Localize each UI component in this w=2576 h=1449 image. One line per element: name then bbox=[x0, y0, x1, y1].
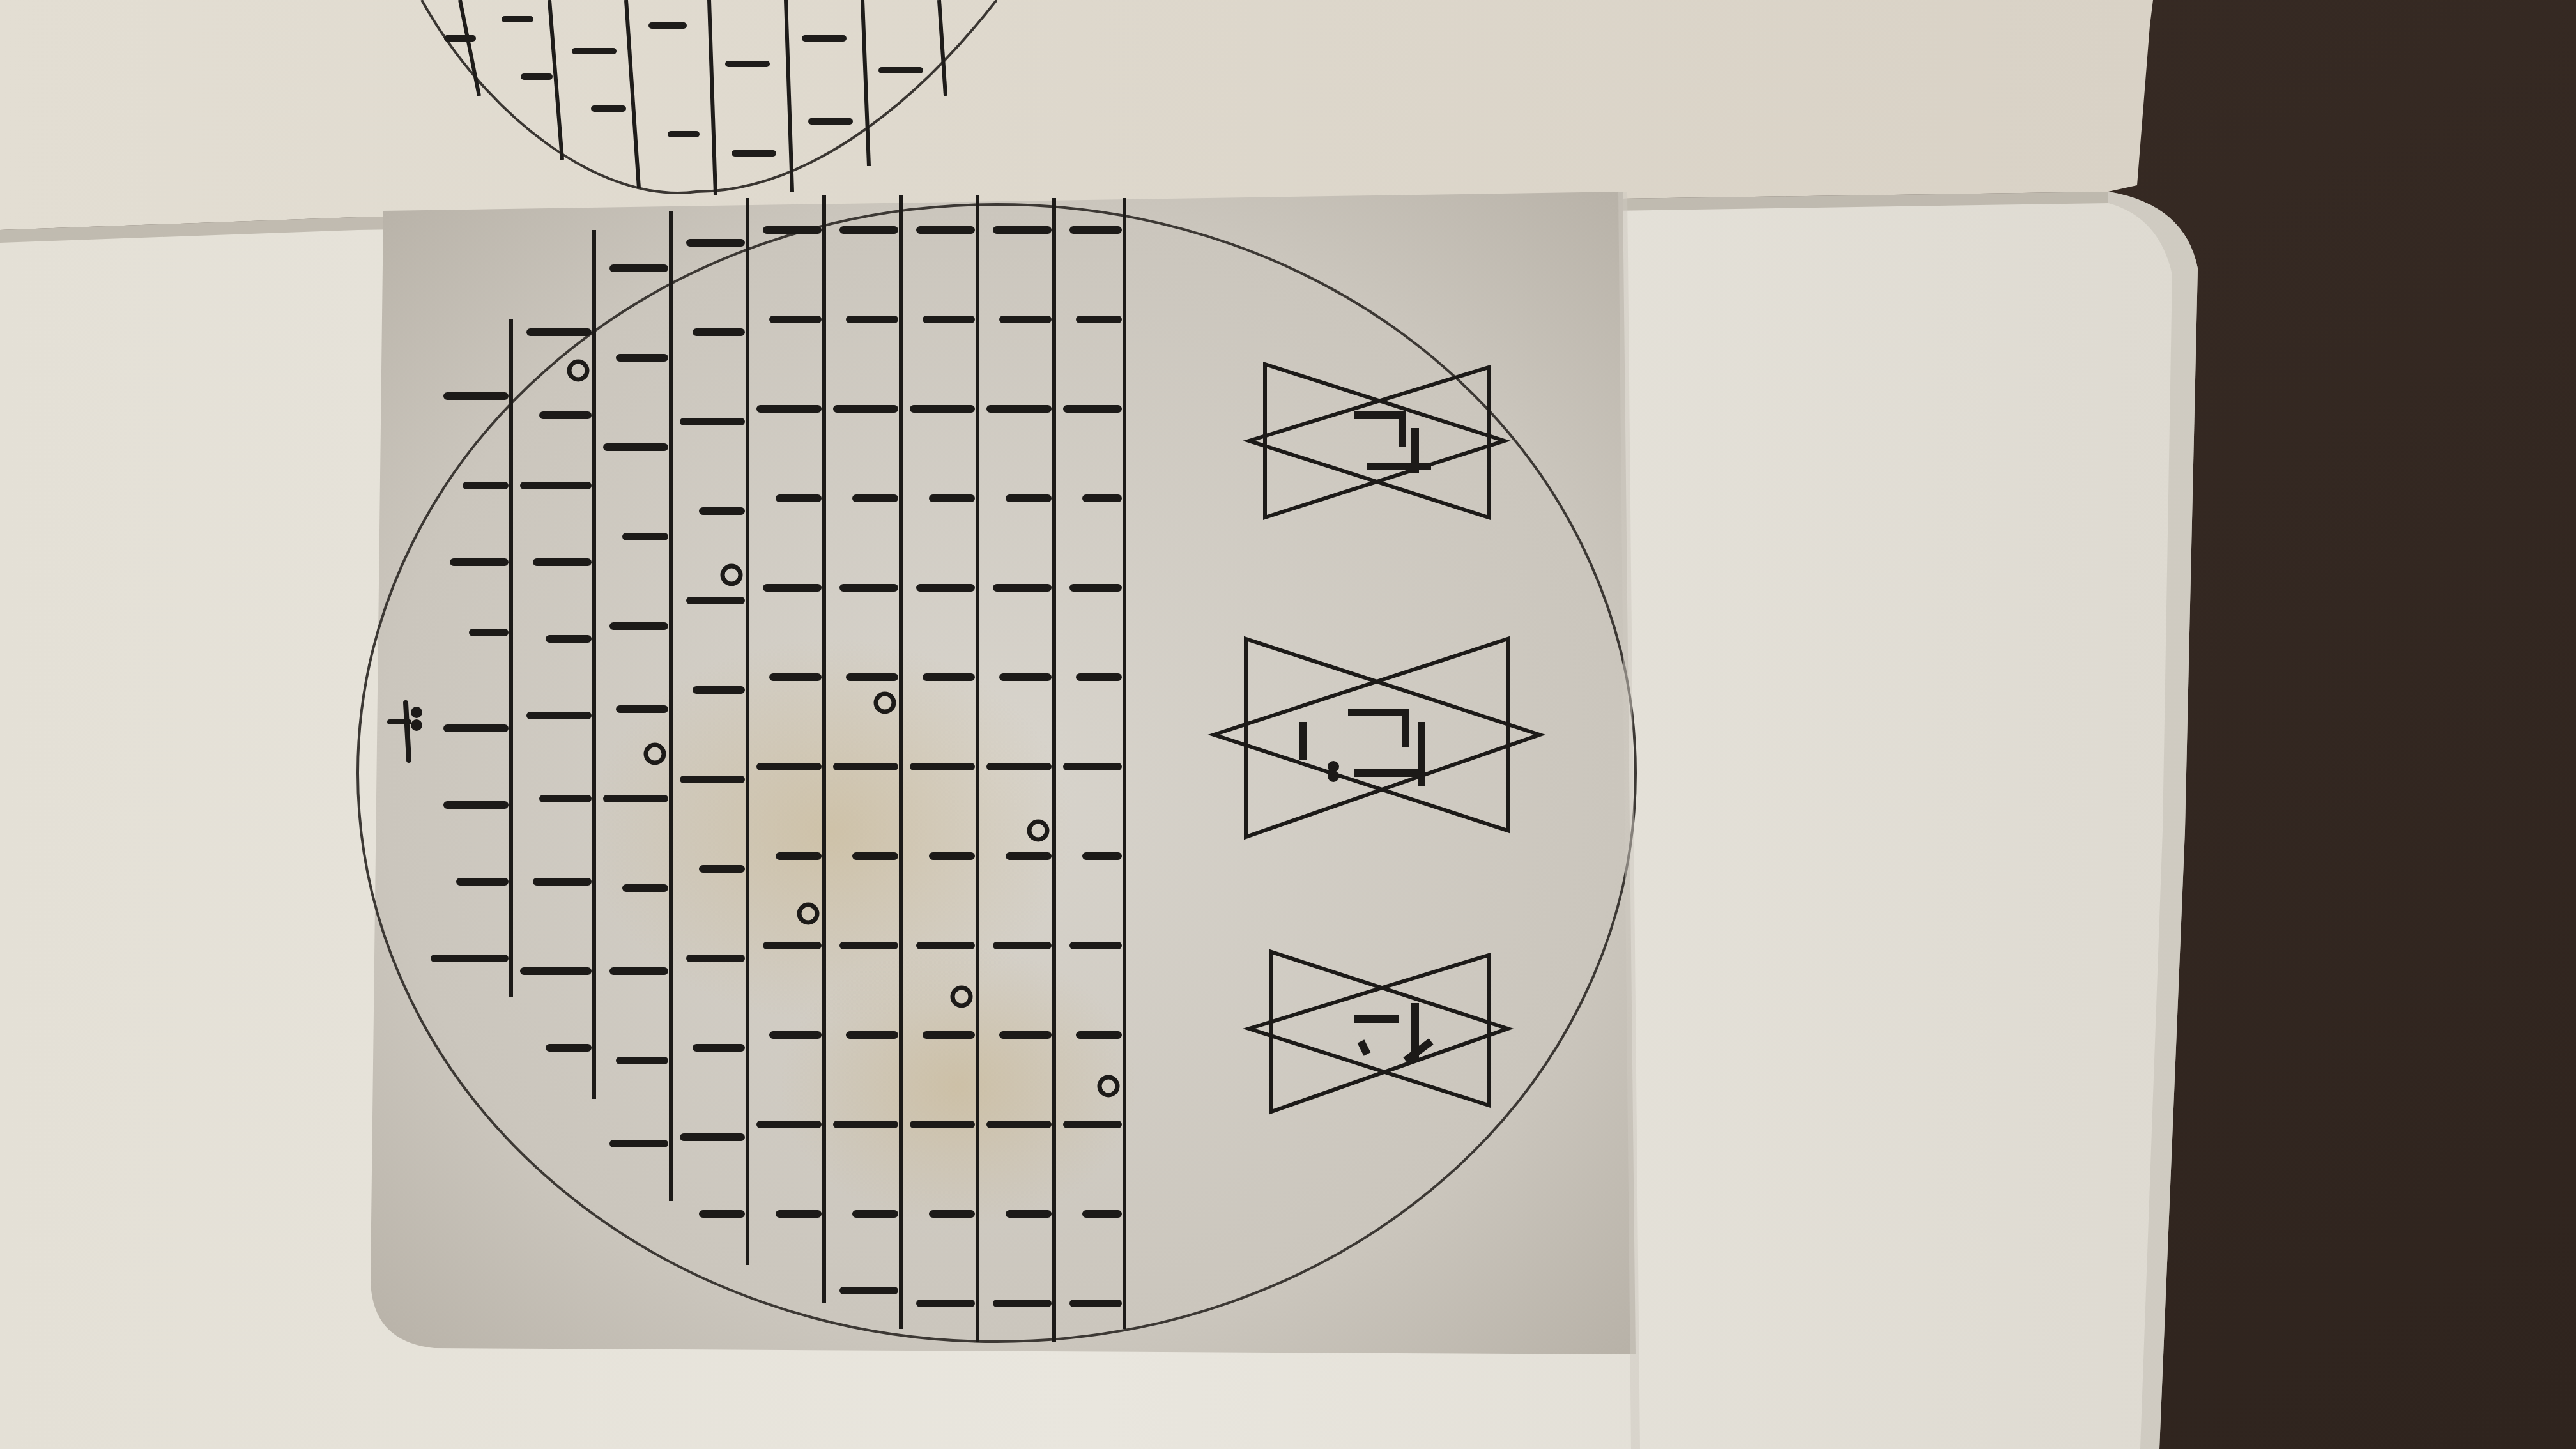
upper-page bbox=[0, 0, 2153, 230]
manuscript-photo bbox=[0, 0, 2576, 1449]
manuscript-scene bbox=[0, 0, 2576, 1449]
